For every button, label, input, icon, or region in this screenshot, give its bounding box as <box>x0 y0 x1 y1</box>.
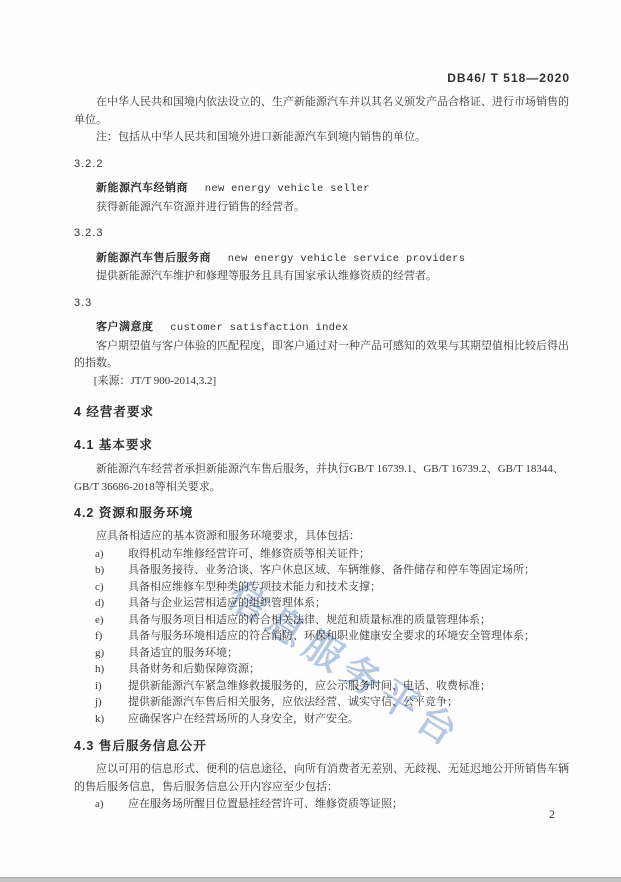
list-item: k)应确保客户在经营场所的人身安全，财产安全。 <box>74 711 571 728</box>
list-item-label: f) <box>95 628 128 645</box>
list-item-text: 提供新能源汽车紧急维修救援服务的，应公示服务时间、电话、收费标准； <box>128 678 571 695</box>
document-page: DB46/ T 518—2020 信息服务平台 在中华人民共和国境内依法设立的、… <box>0 0 621 882</box>
section-42-list: a)取得机动车维修经营许可、维修资质等相关证件； b)具备服务接待、业务洽谈、客… <box>74 546 571 728</box>
term-33-source: [来源：JT/T 900-2014,3.2] <box>74 373 571 391</box>
list-item: h)具备财务和后勤保障资源； <box>74 661 571 678</box>
section-43-list: a)应在服务场所醒目位置悬挂经营许可、维修资质等证照； <box>74 796 571 813</box>
list-item-text: 具备财务和后勤保障资源； <box>128 661 571 678</box>
scan-bottom-edge <box>0 877 621 882</box>
section-43-lead: 应以可用的信息形式、便利的信息途径，向所有消费者无差别、无歧视、无延迟地公开所销… <box>74 761 571 796</box>
list-item-label: d) <box>95 595 128 612</box>
list-item: i)提供新能源汽车紧急维修救援服务的，应公示服务时间、电话、收费标准； <box>74 678 571 695</box>
term-321-note: 注：包括从中华人民共和国境外进口新能源汽车到境内销售的单位。 <box>74 129 571 147</box>
list-item: c)具备相应维修车型种类的专项技术能力和技术支撑； <box>74 579 571 596</box>
list-item-text: 具备服务接待、业务洽谈、客户休息区域、车辆维修、备件储存和停车等固定场所； <box>128 562 571 579</box>
term-322-definition: 获得新能源汽车资源并进行销售的经营者。 <box>74 199 571 217</box>
term-322-en: new energy vehicle seller <box>205 183 370 195</box>
list-item: e)具备与服务项目相适应的符合相关法律、规范和质量标准的质量管理体系； <box>74 612 571 629</box>
list-item: b)具备服务接待、业务洽谈、客户休息区域、车辆维修、备件储存和停车等固定场所； <box>74 562 571 579</box>
list-item-label: g) <box>95 645 128 662</box>
list-item-text: 提供新能源汽车售后相关服务，应依法经营、诚实守信、公平竞争； <box>128 694 571 711</box>
term-33-en: customer satisfaction index <box>170 322 348 334</box>
term-323-definition: 提供新能源汽车维护和修理等服务且具有国家承认维修资质的经营者。 <box>74 268 571 286</box>
term-323-line: 新能源汽车售后服务商 new energy vehicle service pr… <box>74 250 571 269</box>
list-item-text: 应在服务场所醒目位置悬挂经营许可、维修资质等证照； <box>128 796 571 813</box>
list-item-label: i) <box>95 678 128 695</box>
document-body: 在中华人民共和国境内依法设立的、生产新能源汽车并以其名义颁发产品合格证、进行市场… <box>74 94 571 813</box>
term-323-zh: 新能源汽车售后服务商 <box>96 252 211 264</box>
list-item-label: h) <box>95 661 128 678</box>
list-item-label: c) <box>95 579 128 596</box>
list-item: a)应在服务场所醒目位置悬挂经营许可、维修资质等证照； <box>74 796 571 813</box>
term-323-en: new energy vehicle service providers <box>228 253 466 265</box>
list-item-label: a) <box>95 796 128 813</box>
list-item-text: 具备与服务环境相适应的符合消防、环保和职业健康安全要求的环境安全管理体系； <box>128 628 571 645</box>
term-33-zh: 客户满意度 <box>96 321 154 333</box>
section-41-heading: 4.1 基本要求 <box>74 436 571 454</box>
section-42-lead: 应具备相适应的基本资源和服务环境要求，具体包括： <box>74 528 571 546</box>
list-item-text: 具备适宜的服务环境； <box>128 645 571 662</box>
list-item-label: a) <box>95 546 128 563</box>
page-number: 2 <box>549 807 555 822</box>
clause-number-33: 3.3 <box>74 295 571 313</box>
list-item-text: 应确保客户在经营场所的人身安全，财产安全。 <box>128 711 571 728</box>
list-item: g)具备适宜的服务环境； <box>74 645 571 662</box>
list-item-text: 具备相应维修车型种类的专项技术能力和技术支撑； <box>128 579 571 596</box>
list-item-text: 取得机动车维修经营许可、维修资质等相关证件； <box>128 546 571 563</box>
list-item-label: k) <box>95 711 128 728</box>
list-item-label: e) <box>95 612 128 629</box>
term-321-definition: 在中华人民共和国境内依法设立的、生产新能源汽车并以其名义颁发产品合格证、进行市场… <box>74 94 571 129</box>
section-42-heading: 4.2 资源和服务环境 <box>74 504 571 522</box>
section-41-paragraph: 新能源汽车经营者承担新能源汽车售后服务，并执行GB/T 16739.1、GB/T… <box>74 461 571 496</box>
clause-number-322: 3.2.2 <box>74 156 571 174</box>
section-43-heading: 4.3 售后服务信息公开 <box>74 737 571 755</box>
term-33-definition: 客户期望值与客户体验的匹配程度，即客户通过对一种产品可感知的效果与其期望值相比较… <box>74 338 571 373</box>
list-item-text: 具备与服务项目相适应的符合相关法律、规范和质量标准的质量管理体系； <box>128 612 571 629</box>
clause-number-323: 3.2.3 <box>74 225 571 243</box>
term-322-line: 新能源汽车经销商 new energy vehicle seller <box>74 180 571 199</box>
chapter-4-heading: 4 经营者要求 <box>74 403 571 421</box>
term-33-line: 客户满意度 customer satisfaction index <box>74 319 571 338</box>
list-item: d)具备与企业运营相适应的组织管理体系； <box>74 595 571 612</box>
list-item: j)提供新能源汽车售后相关服务，应依法经营、诚实守信、公平竞争； <box>74 694 571 711</box>
list-item-label: j) <box>95 694 128 711</box>
standard-code-header: DB46/ T 518—2020 <box>447 71 570 85</box>
list-item-label: b) <box>95 562 128 579</box>
term-322-zh: 新能源汽车经销商 <box>96 182 188 194</box>
list-item: a)取得机动车维修经营许可、维修资质等相关证件； <box>74 546 571 563</box>
list-item-text: 具备与企业运营相适应的组织管理体系； <box>128 595 571 612</box>
list-item: f)具备与服务环境相适应的符合消防、环保和职业健康安全要求的环境安全管理体系； <box>74 628 571 645</box>
